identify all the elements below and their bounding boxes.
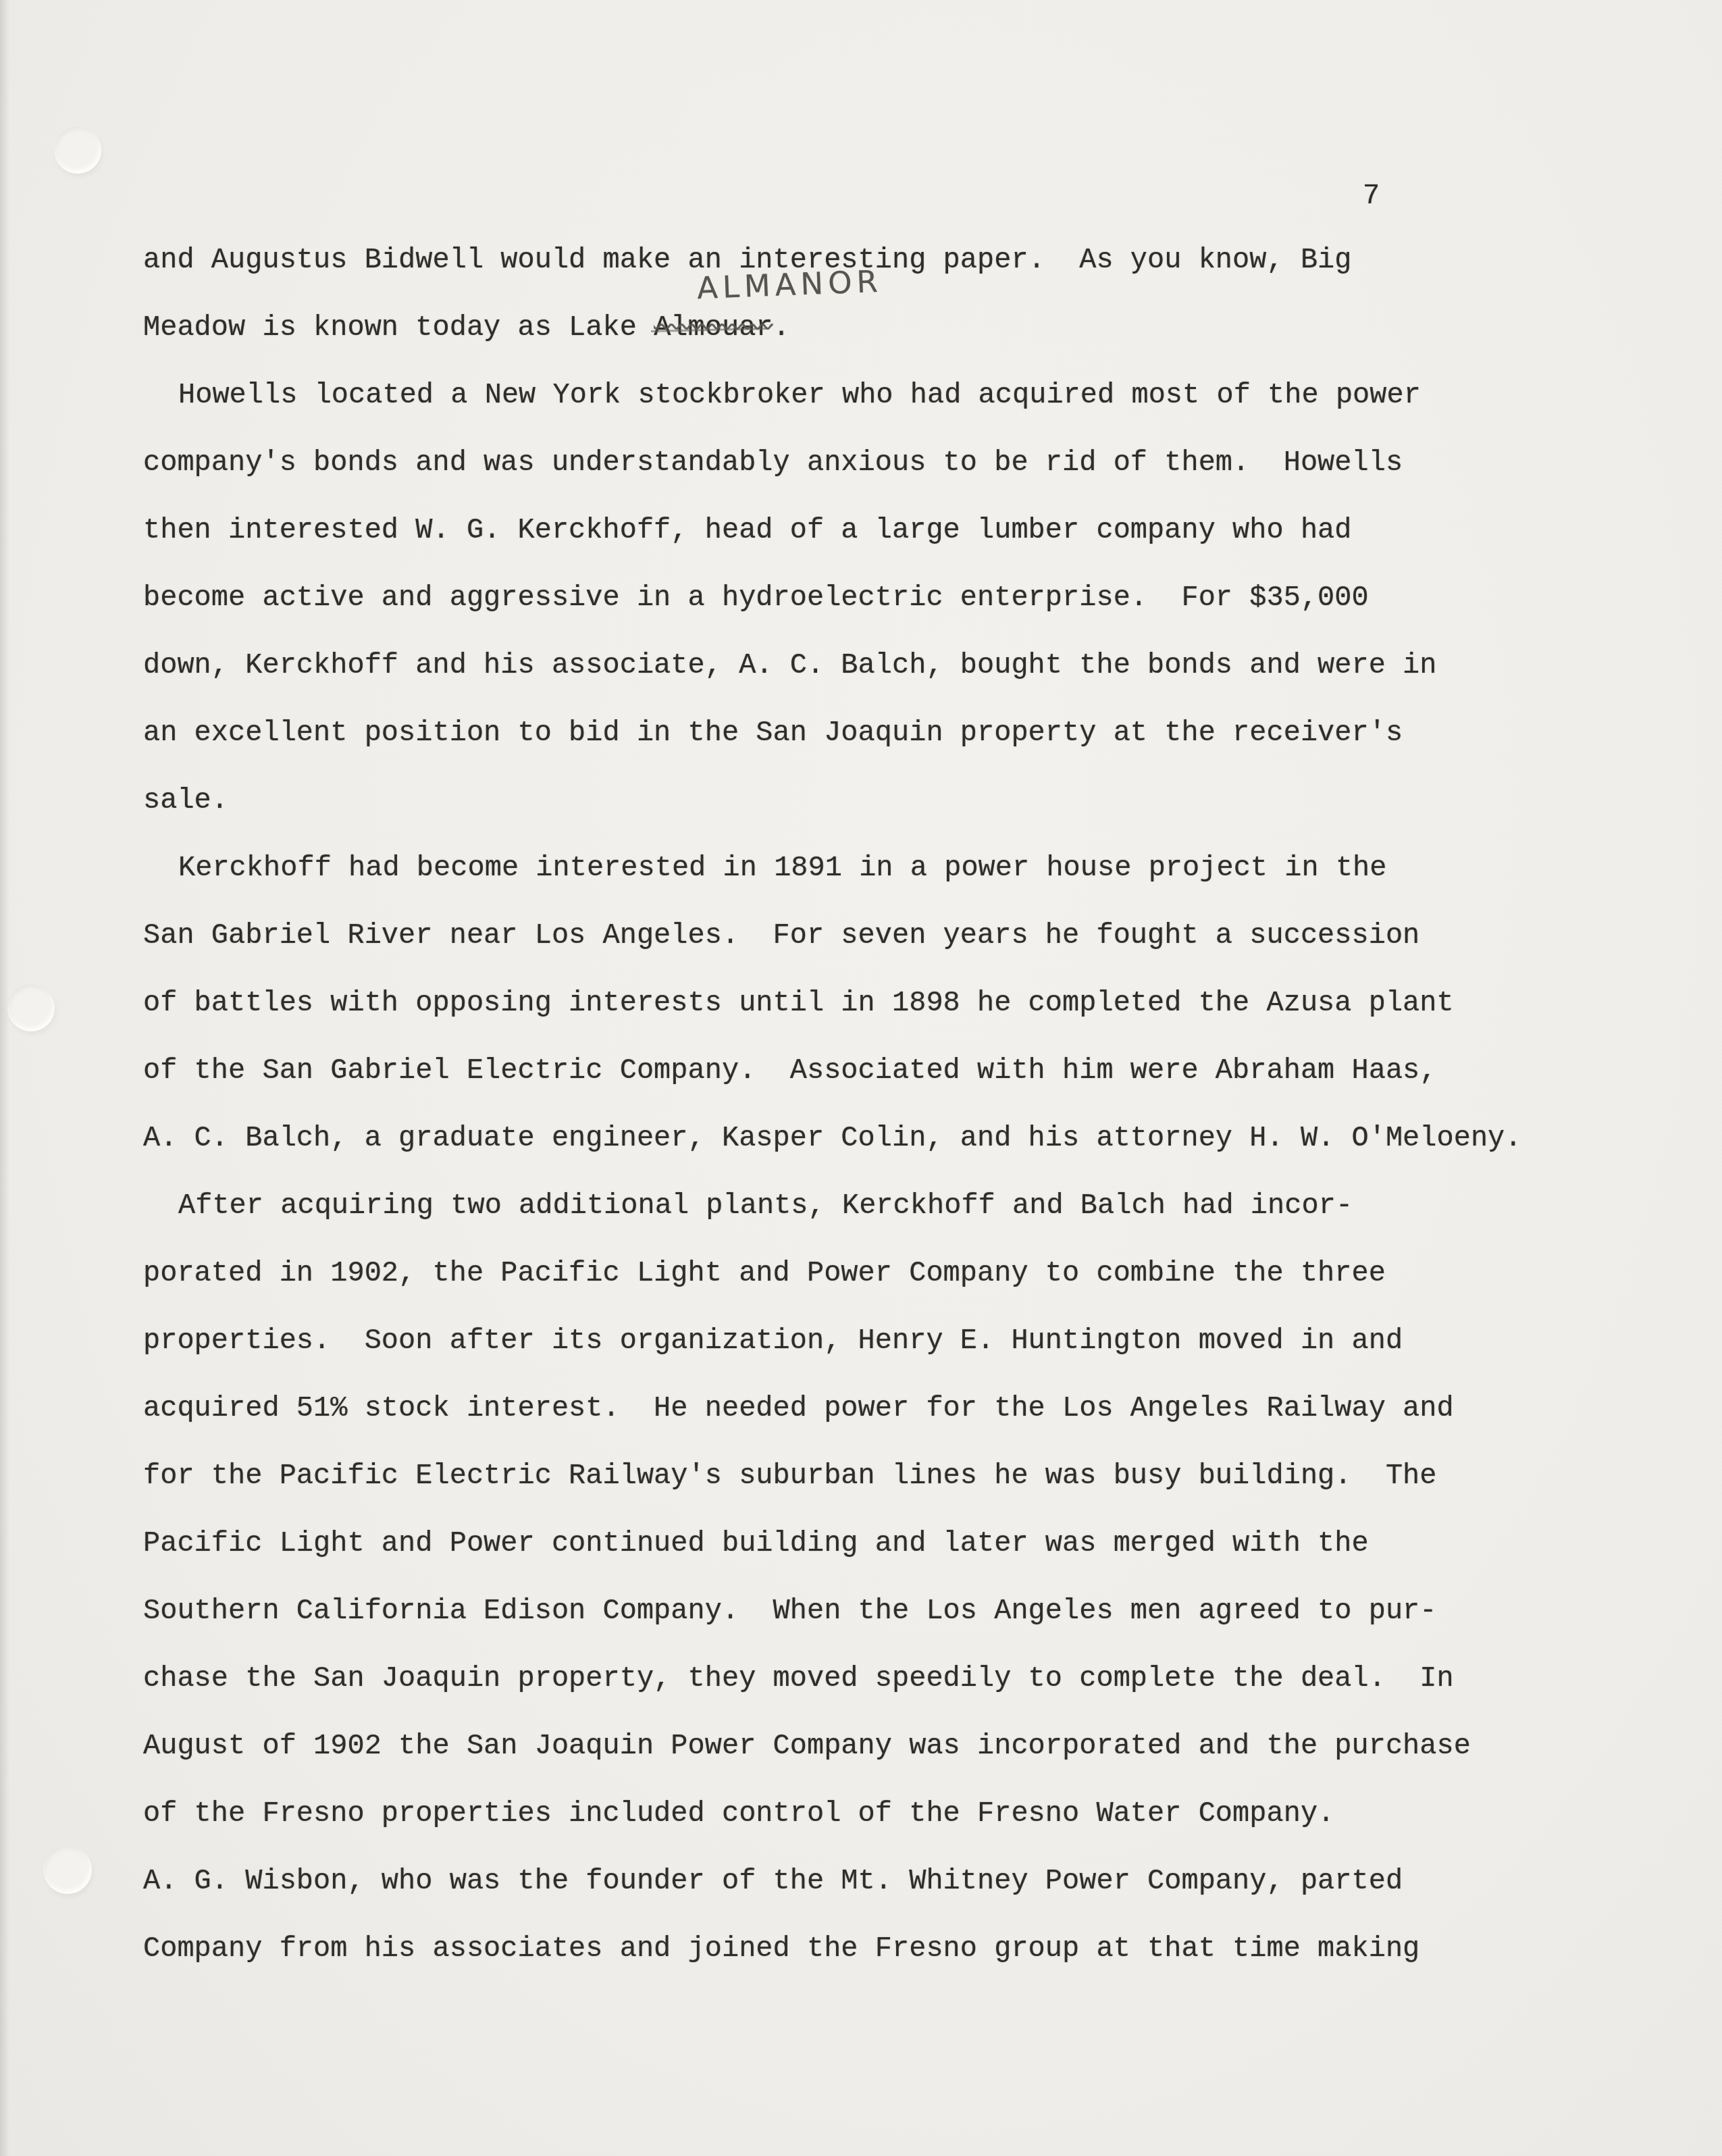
typed-line: Pacific Light and Power continued buildi…	[143, 1510, 1629, 1577]
typed-line: August of 1902 the San Joaquin Power Com…	[143, 1712, 1629, 1780]
typed-line: A. C. Balch, a graduate engineer, Kasper…	[143, 1104, 1629, 1172]
typed-line: chase the San Joaquin property, they mov…	[143, 1645, 1629, 1712]
typed-line: company's bonds and was understandably a…	[143, 429, 1629, 496]
line-text: Meadow is known today as Lake	[143, 311, 654, 344]
typed-line: Company from his associates and joined t…	[143, 1915, 1629, 1982]
line-text: .	[773, 311, 790, 344]
typed-line: Meadow is known today as Lake ALMANORAlm…	[143, 294, 1629, 361]
typed-line: for the Pacific Electric Railway's subur…	[143, 1442, 1629, 1510]
typed-line: San Gabriel River near Los Angeles. For …	[143, 902, 1629, 969]
struck-word: ALMANORAlmouar	[654, 311, 773, 344]
typed-line: become active and aggressive in a hydroe…	[143, 564, 1629, 632]
paper-left-edge	[0, 0, 9, 2156]
typed-line: of the San Gabriel Electric Company. Ass…	[143, 1037, 1629, 1104]
typed-line: Kerckhoff had become interested in 1891 …	[143, 834, 1629, 902]
typed-line: of battles with opposing interests until…	[143, 969, 1629, 1037]
page-number: 7	[1363, 162, 1380, 230]
typed-line: A. G. Wisbon, who was the founder of the…	[143, 1847, 1629, 1915]
typed-line: porated in 1902, the Pacific Light and P…	[143, 1239, 1629, 1307]
punch-hole	[7, 984, 55, 1031]
handwritten-correction: ALMANOR	[696, 265, 883, 306]
struck-word-text: Almouar	[654, 311, 773, 344]
typed-line: and Augustus Bidwell would make an inter…	[143, 226, 1629, 294]
typed-line: Southern California Edison Company. When…	[143, 1577, 1629, 1645]
typed-line: an excellent position to bid in the San …	[143, 699, 1629, 767]
typed-line: sale.	[143, 767, 1629, 834]
punch-hole	[43, 1845, 92, 1894]
typed-line: Howells located a New York stockbroker w…	[143, 361, 1629, 429]
typed-line: properties. Soon after its organization,…	[143, 1307, 1629, 1375]
scanned-typewritten-page: 7 and Augustus Bidwell would make an int…	[0, 0, 1722, 2156]
typed-line: After acquiring two additional plants, K…	[143, 1172, 1629, 1239]
typed-line: acquired 51% stock interest. He needed p…	[143, 1375, 1629, 1442]
punch-hole	[54, 126, 101, 174]
typed-text-body: and Augustus Bidwell would make an inter…	[143, 226, 1629, 1982]
typed-line: then interested W. G. Kerckhoff, head of…	[143, 496, 1629, 564]
typed-line: of the Fresno properties included contro…	[143, 1780, 1629, 1847]
typed-line: down, Kerckhoff and his associate, A. C.…	[143, 632, 1629, 699]
